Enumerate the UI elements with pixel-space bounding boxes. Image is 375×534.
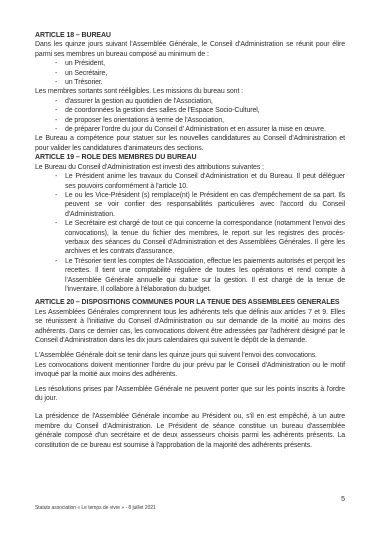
article18-intro: Dans les quinze jours suivant l'Assemblé… <box>35 40 345 59</box>
article20-paragraph: Les Assemblées Générales comprennent tou… <box>35 308 345 346</box>
list-item-text: de coordonnées la gestion des salles de … <box>65 107 260 114</box>
list-item-text: de proposer les orientations à terme de … <box>65 117 224 124</box>
list-marker: - <box>55 59 57 68</box>
bureau-members-list: - un Président, - un Secrétaire, - un Tr… <box>35 59 345 87</box>
list-marker: - <box>55 116 57 125</box>
article20-paragraph: L'Assemblée Générale doit se tenir dans … <box>35 351 345 360</box>
document-page: ARTICLE 18 – BUREAU Dans les quinze jour… <box>0 0 375 534</box>
list-item: - Le Président anime les travaux du Cons… <box>35 172 345 191</box>
list-item-text: Le ou les Vice-Président (s) remplace(nt… <box>65 192 345 218</box>
list-marker: - <box>55 69 57 78</box>
article20-paragraph: La présidence de l'Assemblée Générale in… <box>35 412 345 450</box>
roles-list: - Le Président anime les travaux du Cons… <box>35 172 345 294</box>
page-number: 5 <box>35 495 345 504</box>
list-item: - de coordonnées la gestion des salles d… <box>35 106 345 115</box>
list-marker: - <box>55 125 57 134</box>
list-item: - Le Secrétaire est chargé de tout ce qu… <box>35 219 345 257</box>
article20-paragraph: Les résolutions prises par l'Assemblée G… <box>35 385 345 404</box>
article18-title: ARTICLE 18 – BUREAU <box>35 31 345 40</box>
list-item-text: Le Président anime les travaux du Consei… <box>65 173 345 189</box>
article18-closing: Le Bureau a compétence pour statuer sur … <box>35 134 345 153</box>
list-item-text: de préparer l'ordre du jour du Conseil d… <box>65 126 326 133</box>
list-item: - Le Trésorier tient les comptes de l'As… <box>35 257 345 295</box>
article20-title: ARTICLE 20 – DISPOSITIONS COMMUNES POUR … <box>35 298 345 307</box>
list-item: - de préparer l'ordre du jour du Conseil… <box>35 125 345 134</box>
list-item-text: d'assurer la gestion au quotidien de l'A… <box>65 98 213 105</box>
list-marker: - <box>55 78 57 87</box>
list-marker: - <box>55 172 57 181</box>
list-marker: - <box>55 219 57 228</box>
list-marker: - <box>55 257 57 266</box>
list-marker: - <box>55 191 57 200</box>
list-item-text: un Trésorier. <box>65 79 103 86</box>
article19-intro: Le Bureau du Conseil d'Administration es… <box>35 163 345 172</box>
list-marker: - <box>55 97 57 106</box>
list-item: - un Secrétaire, <box>35 69 345 78</box>
article18-missions-intro: Les membres sortants sont rééligibles. L… <box>35 87 345 96</box>
list-item: - d'assurer la gestion au quotidien de l… <box>35 97 345 106</box>
list-item: - Le ou les Vice-Président (s) remplace(… <box>35 191 345 219</box>
list-item-text: Le Secrétaire est chargé de tout ce qui … <box>65 220 345 255</box>
list-item: - un Trésorier. <box>35 78 345 87</box>
missions-list: - d'assurer la gestion au quotidien de l… <box>35 97 345 135</box>
list-item-text: Le Trésorier tient les comptes de l'Asso… <box>65 258 345 293</box>
article19-title: ARTICLE 19 – ROLE DES MEMBRES DU BUREAU <box>35 153 345 162</box>
list-item: - de proposer les orientations à terme d… <box>35 116 345 125</box>
document-footer: Statuts association « Le temps de vivre … <box>35 505 345 512</box>
document-body: ARTICLE 18 – BUREAU Dans les quinze jour… <box>35 31 345 450</box>
list-item: - un Président, <box>35 59 345 68</box>
list-marker: - <box>55 106 57 115</box>
article20-paragraph: Les convocations doivent mentionner l'or… <box>35 361 345 380</box>
list-item-text: un Président, <box>65 60 105 67</box>
list-item-text: un Secrétaire, <box>65 70 107 77</box>
